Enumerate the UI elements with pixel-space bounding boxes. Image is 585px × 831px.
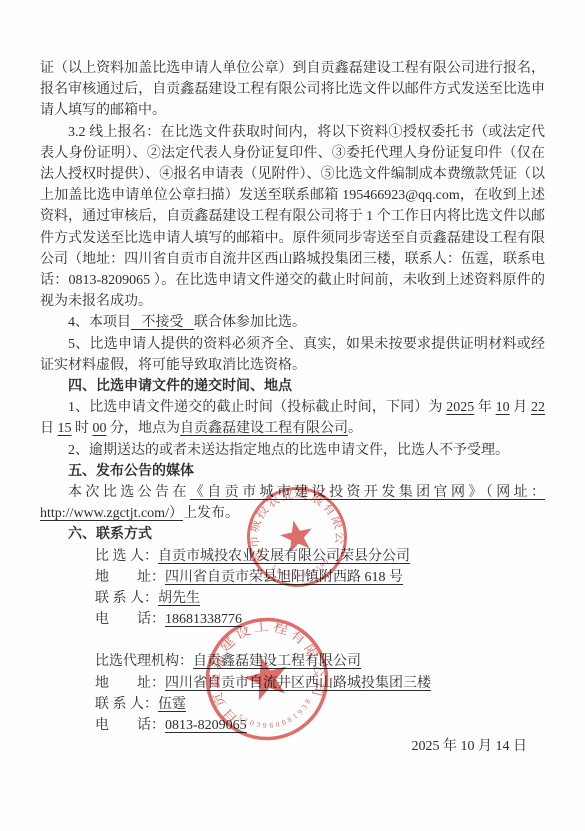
agency-name-value: 自贡鑫磊建设工程有限公司 [193, 654, 361, 669]
paragraph-deadline: 1、比选申请文件递交的截止时间（投标截止时间，下同）为 2025 年 10 月 … [40, 397, 545, 439]
consortium-text-pre: 4、本项目 [68, 315, 131, 330]
agency-contact-person-value: 伍霆 [158, 697, 186, 712]
paragraph-material-truthfulness: 5、比选申请人提供的资料必须齐全、真实，如果未按要求提供证明材料或经证实材料虚假… [40, 334, 545, 376]
deadline-period: 。 [348, 421, 362, 436]
bidder-contact-person-label: 联 系 人： [95, 591, 158, 606]
bidder-contact-block: 比 选 人：自贡市城投农业发展有限公司荣县分公司 地 址：四川省自贡市荣县旭阳镇… [95, 546, 545, 631]
agency-phone-row: 电 话：0813-8209065 [95, 715, 545, 736]
document-body: 证（以上资料加盖比选申请人单位公章）到自贡鑫磊建设工程有限公司进行报名，报名审核… [40, 58, 545, 758]
agency-address-value: 四川省自贡市自流井区西山路城投集团三楼 [165, 676, 431, 691]
deadline-text: 1、比选申请文件递交的截止时间（投标截止时间，下同）为 [68, 400, 446, 415]
consortium-text-post: 联合体参加比选。 [194, 315, 306, 330]
agency-address-label: 地 址： [95, 676, 165, 691]
deadline-day: 22 [531, 400, 545, 415]
paragraph-late-delivery: 2、逾期送达的或者未送达指定地点的比选申请文件，比选人不予受理。 [40, 440, 545, 461]
deadline-year: 2025 [446, 400, 474, 415]
bidder-name-label: 比 选 人： [95, 549, 158, 564]
bidder-phone-row: 电 话：18681338776 [95, 609, 545, 630]
bidder-name-row: 比 选 人：自贡市城投农业发展有限公司荣县分公司 [95, 546, 545, 567]
agency-contact-person-row: 联 系 人：伍霆 [95, 694, 545, 715]
paragraph-online-registration: 3.2 线上报名：在比选文件获取时间内，将以下资料①授权委托书（或法定代表人身份… [40, 122, 545, 313]
document-date: 2025 年 10 月 14 日 [40, 736, 545, 757]
deadline-minute: 00 [93, 421, 107, 436]
section-heading-submission: 四、比选申请文件的递交时间、地点 [40, 376, 545, 397]
bidder-contact-person-value: 胡先生 [158, 591, 200, 606]
agency-phone-label: 电 话： [95, 718, 165, 733]
consortium-blank-not-accept: 不接受 [131, 315, 194, 330]
media-text-post: 上发布。 [183, 506, 239, 521]
agency-address-row: 地 址：四川省自贡市自流井区西山路城投集团三楼 [95, 673, 545, 694]
agency-contact-block: 比选代理机构：自贡鑫磊建设工程有限公司 地 址：四川省自贡市自流井区西山路城投集… [95, 651, 545, 736]
agency-name-row: 比选代理机构：自贡鑫磊建设工程有限公司 [95, 651, 545, 672]
bidder-address-value: 四川省自贡市荣县旭阳镇附西路 618 号 [165, 570, 403, 585]
media-text-pre: 本次比选公告在 [68, 485, 190, 500]
deadline-month: 10 [496, 400, 510, 415]
section-heading-media: 五、发布公告的媒体 [40, 461, 545, 482]
paragraph-consortium-rule: 4、本项目 不接受 联合体参加比选。 [40, 312, 545, 333]
bidder-name-value: 自贡市城投农业发展有限公司荣县分公司 [158, 549, 410, 564]
deadline-hour: 15 [58, 421, 72, 436]
bidder-address-row: 地 址：四川省自贡市荣县旭阳镇附西路 618 号 [95, 567, 545, 588]
bidder-phone-label: 电 话： [95, 612, 165, 627]
bidder-contact-person-row: 联 系 人：胡先生 [95, 588, 545, 609]
document-page: 证（以上资料加盖比选申请人单位公章）到自贡鑫磊建设工程有限公司进行报名，报名审核… [0, 0, 585, 831]
bidder-address-label: 地 址： [95, 570, 165, 585]
blank-line [40, 630, 545, 651]
deadline-location: 自贡鑫磊建设工程有限公司 [180, 421, 348, 436]
deadline-sep-year: 年 [474, 400, 495, 415]
paragraph-offline-registration: 证（以上资料加盖比选申请人单位公章）到自贡鑫磊建设工程有限公司进行报名，报名审核… [40, 58, 545, 122]
agency-name-label: 比选代理机构： [95, 654, 193, 669]
bidder-phone-value: 18681338776 [165, 612, 242, 627]
section-heading-contact: 六、联系方式 [40, 524, 545, 545]
deadline-sep-hour: 时 [72, 421, 93, 436]
agency-phone-value: 0813-8209065 [165, 718, 247, 733]
deadline-sep-day: 日 [40, 421, 58, 436]
deadline-sep-month: 月 [510, 400, 531, 415]
paragraph-announcement-media: 本次比选公告在《自贡市城市建设投资开发集团官网》（网址：http://www.z… [40, 482, 545, 524]
deadline-sep-minute: 分，地点为 [107, 421, 181, 436]
agency-contact-person-label: 联 系 人： [95, 697, 158, 712]
